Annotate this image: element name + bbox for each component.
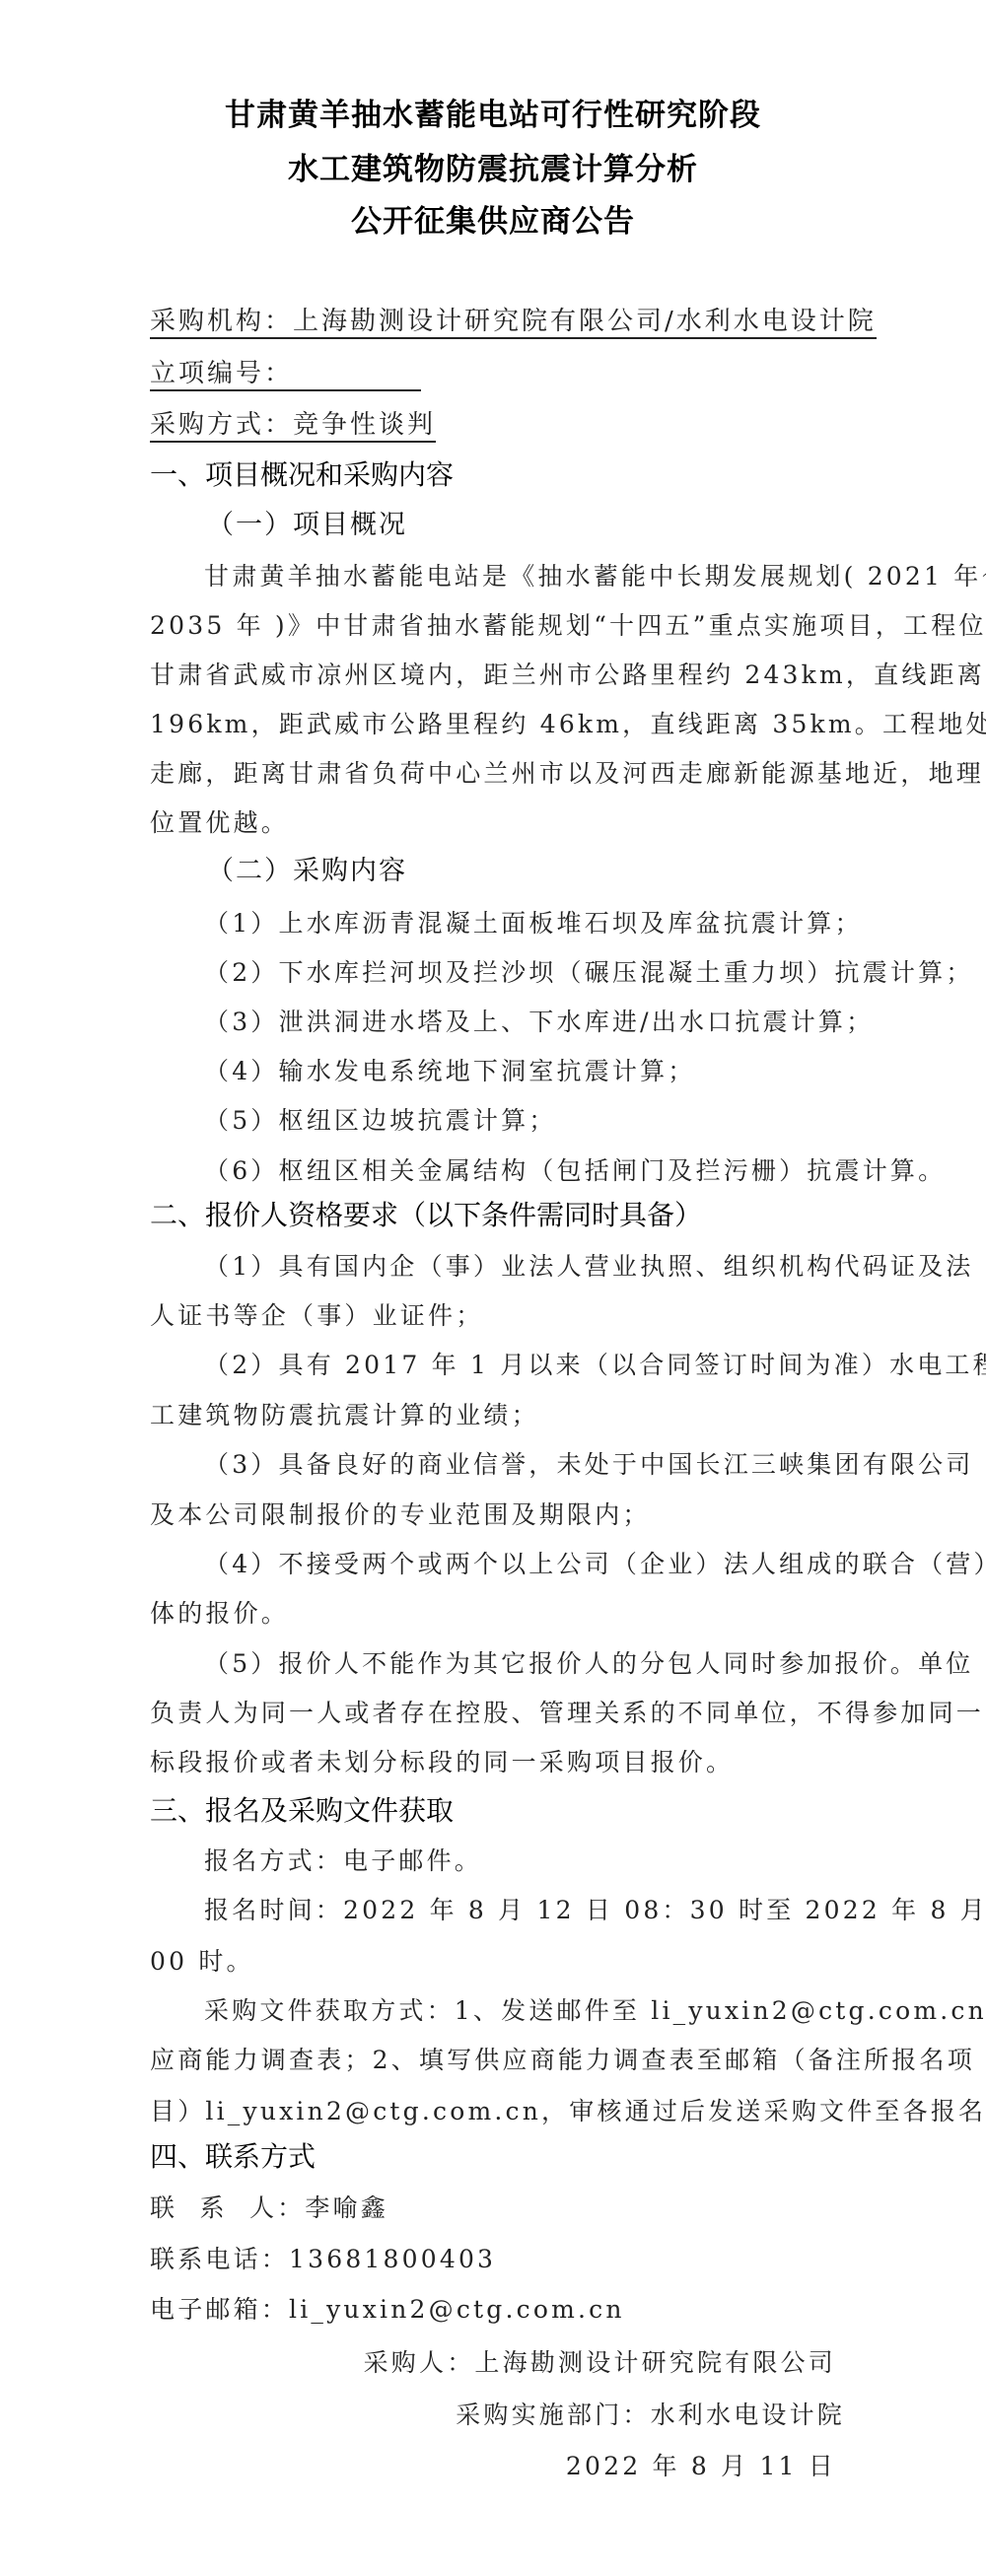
qualification-line: 人证书等企（事）业证件；: [150, 1303, 483, 1328]
qualification-line: （3）具备良好的商业信誉，未处于中国长江三峡集团有限公司: [204, 1452, 974, 1477]
section-3-heading: 三、报名及采购文件获取: [150, 1797, 454, 1825]
registration-line: 报名时间：2022 年 8 月 12 日 08：30 时至 2022 年 8 月…: [204, 1898, 986, 1922]
contact-phone: 联系电话：13681800403: [150, 2247, 496, 2271]
procurement-item: （6）枢纽区相关金属结构（包括闸门及拦污栅）抗震计算。: [204, 1158, 946, 1183]
qualification-line: （2）具有 2017 年 1 月以来（以合同签订时间为准）水电工程水: [204, 1353, 986, 1377]
contact-email: 电子邮箱：li_yuxin2@ctg.com.cn: [150, 2297, 625, 2322]
qualification-line: 负责人为同一人或者存在控股、管理关系的不同单位，不得参加同一: [150, 1701, 984, 1725]
qualification-line: 工建筑物防震抗震计算的业绩；: [150, 1403, 539, 1427]
procurement-item: （1）上水库沥青混凝土面板堆石坝及库盆抗震计算；: [204, 911, 863, 936]
paragraph-line: 甘肃省武威市凉州区境内，距兰州市公路里程约 243km，直线距离: [150, 662, 985, 687]
section-4-heading: 四、联系方式: [150, 2143, 316, 2171]
paragraph-line: 196km，距武威市公路里程约 46km，直线距离 35km。工程地处河西: [150, 712, 986, 736]
signature-purchaser: 采购人：上海勘测设计研究院有限公司: [364, 2350, 836, 2375]
project-number-field: 立项编号：: [150, 361, 421, 391]
paragraph-line: 走廊，距离甘肃省负荷中心兰州市以及河西走廊新能源基地近，地理: [150, 761, 984, 786]
qualification-line: （1）具有国内企（事）业法人营业执照、组织机构代码证及法: [204, 1254, 974, 1279]
registration-line: 采购文件获取方式：1、发送邮件至 li_yuxin2@ctg.com.cn 获取…: [204, 1998, 986, 2023]
registration-line: 00 时。: [150, 1949, 254, 1974]
section-1-sub-2-heading: （二）采购内容: [207, 858, 407, 884]
document-title-line-3: 公开征集供应商公告: [0, 207, 986, 238]
qualification-line: （5）报价人不能作为其它报价人的分包人同时参加报价。单位: [204, 1651, 974, 1676]
section-1-heading: 一、项目概况和采购内容: [150, 461, 454, 489]
contact-person: 联 系 人：李喻鑫: [150, 2195, 388, 2220]
paragraph-line: 甘肃黄羊抽水蓄能电站是《抽水蓄能中长期发展规划( 2021 年～: [204, 564, 986, 589]
document-title-line-1: 甘肃黄羊抽水蓄能电站可行性研究阶段: [0, 101, 986, 131]
procurement-item: （2）下水库拦河坝及拦沙坝（碾压混凝土重力坝）抗震计算；: [204, 960, 974, 985]
signature-department: 采购实施部门：水利水电设计院: [456, 2402, 845, 2427]
purchaser-org-field: 采购机构：上海勘测设计研究院有限公司/水利水电设计院: [150, 309, 877, 339]
document-title-line-2: 水工建筑物防震抗震计算分析: [0, 155, 986, 185]
section-2-heading: 二、报价人资格要求（以下条件需同时具备）: [150, 1202, 702, 1229]
qualification-line: 及本公司限制报价的专业范围及期限内；: [150, 1502, 651, 1527]
registration-line: 应商能力调查表；2、填写供应商能力调查表至邮箱（备注所报名项: [150, 2048, 975, 2072]
signature-date: 2022 年 8 月 11 日: [566, 2454, 836, 2478]
qualification-line: （4）不接受两个或两个以上公司（企业）法人组成的联合（营）: [204, 1552, 986, 1576]
procurement-item: （3）泄洪洞进水塔及上、下水库进/出水口抗震计算；: [204, 1010, 874, 1034]
qualification-line: 标段报价或者未划分标段的同一采购项目报价。: [150, 1750, 734, 1775]
qualification-line: 体的报价。: [150, 1601, 289, 1626]
procurement-method-field: 采购方式：竞争性谈判: [150, 412, 436, 443]
paragraph-line: 位置优越。: [150, 810, 289, 835]
registration-line: 目）li_yuxin2@ctg.com.cn，审核通过后发送采购文件至各报名人邮…: [150, 2099, 986, 2123]
section-1-sub-1-heading: （一）项目概况: [207, 512, 407, 538]
procurement-item: （5）枢纽区边坡抗震计算；: [204, 1108, 557, 1133]
paragraph-line: 2035 年 )》中甘肃省抽水蓄能规划“十四五”重点实施项目，工程位于: [150, 613, 986, 638]
procurement-item: （4）输水发电系统地下洞室抗震计算；: [204, 1059, 696, 1083]
registration-line: 报名方式：电子邮件。: [204, 1848, 482, 1873]
